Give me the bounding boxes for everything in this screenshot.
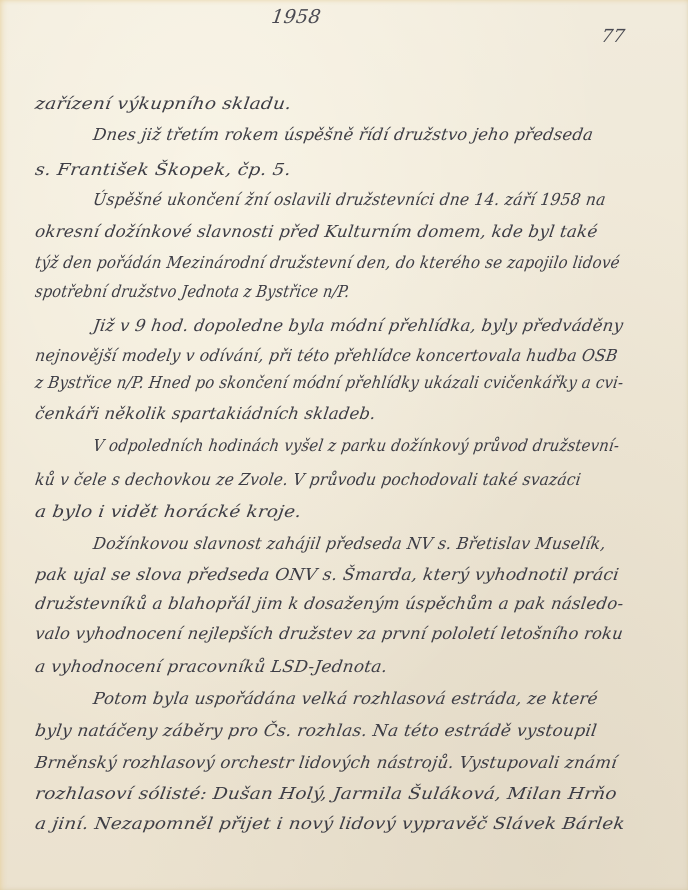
text-line: spotřební družstvo Jednota z Bystřice n/…: [34, 282, 351, 301]
text-line: ků v čele s dechovkou ze Zvole. V průvod…: [34, 470, 582, 489]
text-line: Potom byla uspořádána velká rozhlasová e…: [92, 689, 599, 708]
text-line: a jiní. Nezapomněl přijet i nový lidový …: [34, 814, 626, 833]
text-line: a bylo i vidět horácké kroje.: [34, 502, 303, 521]
text-line: pak ujal se slova předseda ONV s. Šmarda…: [34, 565, 620, 584]
text-line: z Bystřice n/P. Hned po skončení módní p…: [34, 373, 625, 392]
text-line: Úspěšné ukončení žní oslavili družstevní…: [92, 190, 607, 209]
text-line: byly natáčeny záběry pro Čs. rozhlas. Na…: [34, 721, 598, 740]
text-line: V odpoledních hodinách vyšel z parku dož…: [92, 436, 621, 455]
text-line: rozhlasoví sólisté: Dušan Holý, Jarmila …: [34, 784, 618, 803]
chronicle-page: 1958 77 zařízení výkupního skladu.Dnes j…: [0, 0, 688, 890]
text-line: okresní dožínkové slavnosti před Kulturn…: [34, 222, 599, 241]
page-year: 1958: [270, 6, 322, 28]
text-line: Dožínkovou slavnost zahájil předseda NV …: [92, 534, 607, 553]
text-line: družstevníků a blahopřál jim k dosaženým…: [34, 594, 625, 613]
text-line: Brněnský rozhlasový orchestr lidových ná…: [34, 753, 618, 772]
text-line: a vyhodnocení pracovníků LSD-Jednota.: [34, 657, 389, 676]
page-number: 77: [600, 26, 626, 47]
text-line: čenkáři několik spartakiádních skladeb.: [34, 404, 377, 423]
text-line: týž den pořádán Mezinárodní družstevní d…: [34, 253, 621, 272]
text-line: zařízení výkupního skladu.: [34, 94, 293, 113]
text-line: s. František Škopek, čp. 5.: [34, 160, 292, 179]
text-line: nejnovější modely v odívání, při této př…: [34, 346, 619, 365]
text-line: Již v 9 hod. dopoledne byla módní přehlí…: [92, 316, 625, 335]
text-line: valo vyhodnocení nejlepších družstev za …: [34, 624, 624, 643]
text-line: Dnes již třetím rokem úspěšně řídí družs…: [92, 125, 595, 144]
